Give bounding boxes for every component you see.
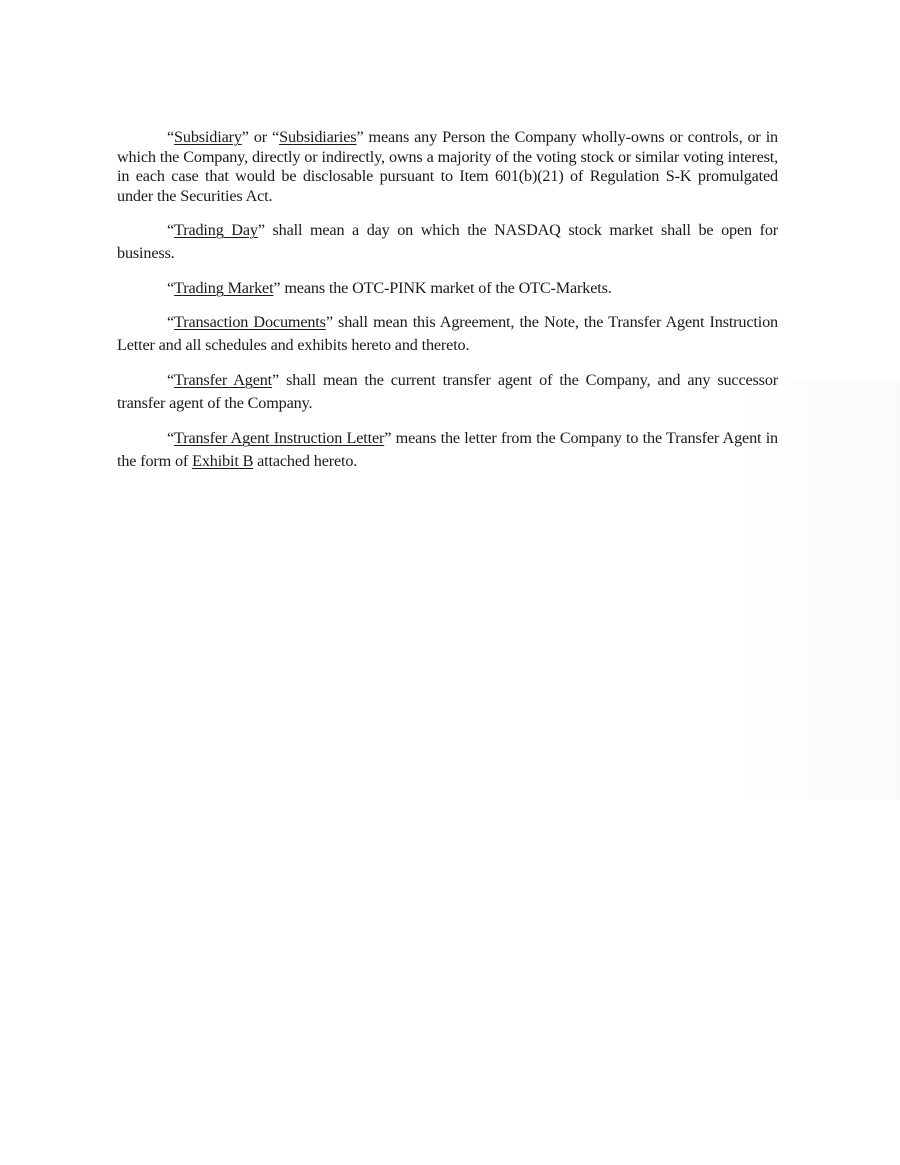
definition-subsidiary: “Subsidiary” or “Subsidiaries” means any… [117,128,778,206]
close-quote: ” [258,221,265,239]
definition-transaction-documents: “Transaction Documents” shall mean this … [117,311,778,356]
definition-trading-day: “Trading Day” shall mean a day on which … [117,219,778,265]
open-quote: “ [167,371,174,389]
defined-term: Transaction Documents [174,313,326,331]
definition-text: means the OTC-PINK market of the OTC-Mar… [280,279,611,297]
definition-text-end: attached hereto. [253,452,357,470]
definitions-section: “Subsidiary” or “Subsidiaries” means any… [117,128,778,485]
defined-term: Transfer Agent [174,371,272,389]
defined-term: Trading Day [174,221,258,239]
open-quote: “ [167,221,174,239]
close-quote: ” [326,313,333,331]
exhibit-reference: Exhibit B [192,452,253,470]
open-quote: “ [167,313,174,331]
defined-term: Subsidiaries [279,128,356,146]
definition-transfer-agent-instruction-letter: “Transfer Agent Instruction Letter” mean… [117,427,778,472]
defined-term: Trading Market [174,279,273,297]
open-quote: “ [167,429,174,447]
definition-transfer-agent: “Transfer Agent” shall mean the current … [117,369,778,414]
definition-trading-market: “Trading Market” means the OTC-PINK mark… [117,278,778,298]
quote-separator: ” or “ [242,128,279,146]
open-quote: “ [167,128,174,146]
document-page: “Subsidiary” or “Subsidiaries” means any… [0,0,900,1165]
open-quote: “ [167,279,174,297]
defined-term: Subsidiary [174,128,242,146]
defined-term: Transfer Agent Instruction Letter [174,429,384,447]
